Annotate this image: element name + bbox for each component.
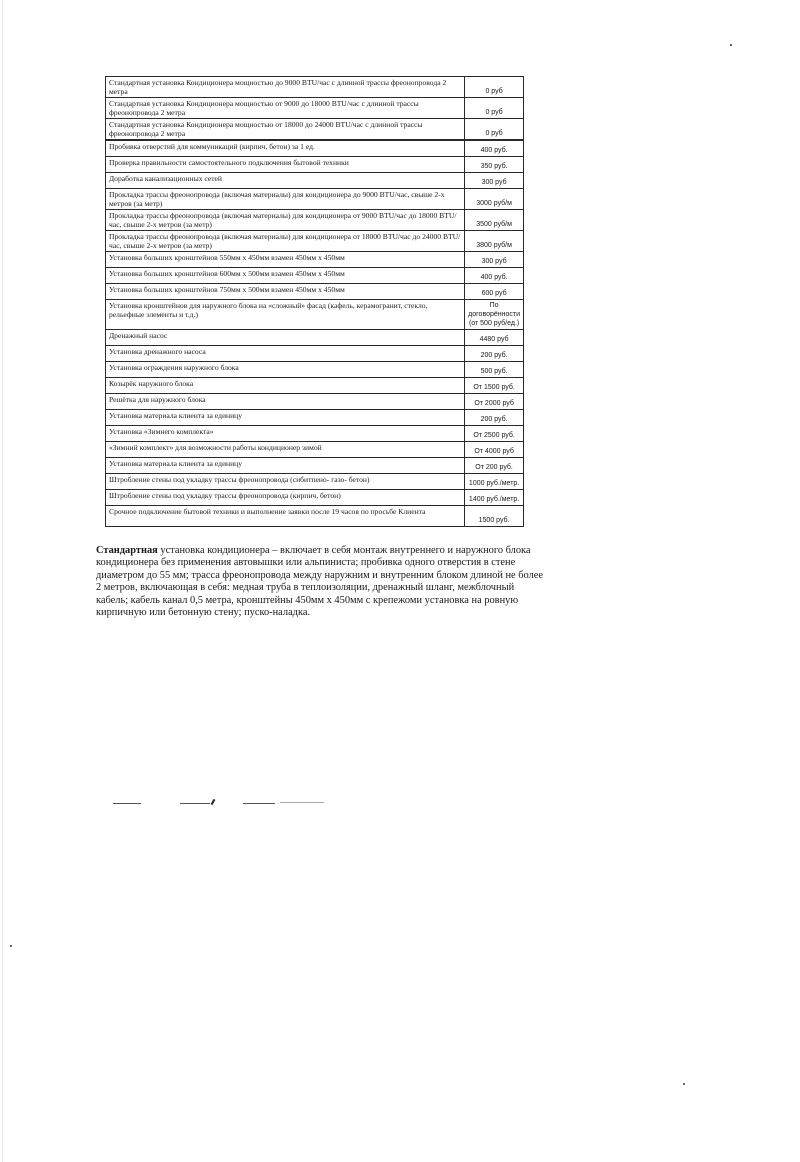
price-cell: От 4000 руб bbox=[465, 442, 524, 458]
price-cell: 0 руб bbox=[465, 119, 524, 141]
scan-artifact bbox=[280, 802, 324, 803]
price-cell: 0 руб bbox=[465, 98, 524, 119]
service-cell: Доработка канализационных сетей bbox=[106, 173, 465, 189]
price-cell: 1400 руб./метр. bbox=[465, 490, 524, 506]
service-cell: Срочное подключение бытовой техники и вы… bbox=[106, 506, 465, 527]
standard-installation-note: Стандартная установка кондиционера – вкл… bbox=[96, 545, 546, 619]
service-cell: Установка больших кронштейнов 750мм х 50… bbox=[106, 284, 465, 300]
table-row: Козырёк наружного блока От 1500 руб. bbox=[106, 378, 524, 394]
price-cell: От 2500 руб. bbox=[465, 426, 524, 442]
price-cell: 3000 руб/м bbox=[465, 189, 524, 210]
table-row: Установка больших кронштейнов 600мм х 50… bbox=[106, 268, 524, 284]
scan-speck bbox=[10, 945, 12, 947]
price-cell: 600 руб bbox=[465, 284, 524, 300]
scan-artifact bbox=[243, 803, 275, 804]
table-row: Пробивка отверстий для коммуникаций (кир… bbox=[106, 140, 524, 157]
table-row: Решётка для наружного блока От 2000 руб bbox=[106, 394, 524, 410]
service-cell: Дренажный насос bbox=[106, 330, 465, 346]
scan-speck bbox=[683, 1083, 685, 1085]
service-cell: Прокладка трассы фреонопровода (включая … bbox=[106, 189, 465, 210]
service-cell: Штробление стены под укладку трассы фрео… bbox=[106, 474, 465, 490]
service-cell: Стандартная установка Кондиционера мощно… bbox=[106, 77, 465, 98]
service-cell: Установка больших кронштейнов 550мм х 45… bbox=[106, 252, 465, 268]
service-cell: Прокладка трассы фреонопровода (включая … bbox=[106, 210, 465, 231]
price-cell: 400 руб. bbox=[465, 268, 524, 284]
table-row: Установка больших кронштейнов 550мм х 45… bbox=[106, 252, 524, 268]
table-row: Прокладка трассы фреонопровода (включая … bbox=[106, 189, 524, 210]
price-cell: 500 руб. bbox=[465, 362, 524, 378]
table-row: Штробление стены под укладку трассы фрео… bbox=[106, 490, 524, 506]
scan-artifact bbox=[180, 803, 210, 804]
price-cell: 200 руб. bbox=[465, 410, 524, 426]
table-row: Доработка канализационных сетей 300 руб bbox=[106, 173, 524, 189]
service-cell: Пробивка отверстий для коммуникаций (кир… bbox=[106, 140, 465, 157]
table-row: Установка материала клиента за единицу 2… bbox=[106, 410, 524, 426]
table-row: Установка «Зимнего комплекта» От 2500 ру… bbox=[106, 426, 524, 442]
service-cell: Решётка для наружного блока bbox=[106, 394, 465, 410]
price-cell: 0 руб bbox=[465, 77, 524, 98]
note-text: установка кондиционера – включает в себя… bbox=[96, 545, 543, 618]
table-row: «Зимний комплект» для возможности работы… bbox=[106, 442, 524, 458]
table-row: Стандартная установка Кондиционера мощно… bbox=[106, 77, 524, 98]
table-row: Установка кронштейнов для наружного блок… bbox=[106, 300, 524, 330]
table-row: Прокладка трассы фреонопровода (включая … bbox=[106, 231, 524, 252]
table-row: Установка больших кронштейнов 750мм х 50… bbox=[106, 284, 524, 300]
table-row: Стандартная установка Кондиционера мощно… bbox=[106, 98, 524, 119]
price-cell: 4480 руб bbox=[465, 330, 524, 346]
service-cell: Установка кронштейнов для наружного блок… bbox=[106, 300, 465, 330]
service-cell: Проверка правильности самостоятельного п… bbox=[106, 157, 465, 173]
service-cell: «Зимний комплект» для возможности работы… bbox=[106, 442, 465, 458]
page-edge bbox=[2, 0, 3, 1162]
scan-artifact bbox=[113, 803, 141, 804]
price-cell: 300 руб bbox=[465, 173, 524, 189]
service-cell: Установка ограждения наружного блока bbox=[106, 362, 465, 378]
price-cell: 300 руб bbox=[465, 252, 524, 268]
price-cell: От 200 руб. bbox=[465, 458, 524, 474]
note-bold-lead: Стандартная bbox=[96, 545, 158, 556]
table-row: Срочное подключение бытовой техники и вы… bbox=[106, 506, 524, 527]
service-cell: Установка материала клиента за единицу bbox=[106, 458, 465, 474]
service-cell: Прокладка трассы фреонопровода (включая … bbox=[106, 231, 465, 252]
price-cell: От 2000 руб bbox=[465, 394, 524, 410]
service-cell: Стандартная установка Кондиционера мощно… bbox=[106, 119, 465, 141]
service-cell: Козырёк наружного блока bbox=[106, 378, 465, 394]
service-cell: Штробление стены под укладку трассы фрео… bbox=[106, 490, 465, 506]
price-cell: 400 руб. bbox=[465, 140, 524, 157]
table-row: Установка материала клиента за единицу О… bbox=[106, 458, 524, 474]
service-cell: Установка «Зимнего комплекта» bbox=[106, 426, 465, 442]
price-cell: 3800 руб/м bbox=[465, 231, 524, 252]
table-row: Установка дренажного насоса 200 руб. bbox=[106, 346, 524, 362]
price-cell: От 1500 руб. bbox=[465, 378, 524, 394]
table-row: Проверка правильности самостоятельного п… bbox=[106, 157, 524, 173]
price-cell: 3500 руб/м bbox=[465, 210, 524, 231]
service-cell: Стандартная установка Кондиционера мощно… bbox=[106, 98, 465, 119]
table-row: Штробление стены под укладку трассы фрео… bbox=[106, 474, 524, 490]
price-cell: 200 руб. bbox=[465, 346, 524, 362]
price-cell: По договорённости (от 500 руб/ед.) bbox=[465, 300, 524, 330]
price-table: Стандартная установка Кондиционера мощно… bbox=[105, 76, 524, 527]
price-cell: 1000 руб./метр. bbox=[465, 474, 524, 490]
scan-speck bbox=[730, 44, 732, 46]
service-cell: Установка дренажного насоса bbox=[106, 346, 465, 362]
price-cell: 350 руб. bbox=[465, 157, 524, 173]
service-cell: Установка больших кронштейнов 600мм х 50… bbox=[106, 268, 465, 284]
table-row: Прокладка трассы фреонопровода (включая … bbox=[106, 210, 524, 231]
table-row: Стандартная установка Кондиционера мощно… bbox=[106, 119, 524, 141]
scan-artifact bbox=[211, 799, 216, 805]
table-row: Установка ограждения наружного блока 500… bbox=[106, 362, 524, 378]
table-row: Дренажный насос 4480 руб bbox=[106, 330, 524, 346]
service-cell: Установка материала клиента за единицу bbox=[106, 410, 465, 426]
price-cell: 1500 руб. bbox=[465, 506, 524, 527]
